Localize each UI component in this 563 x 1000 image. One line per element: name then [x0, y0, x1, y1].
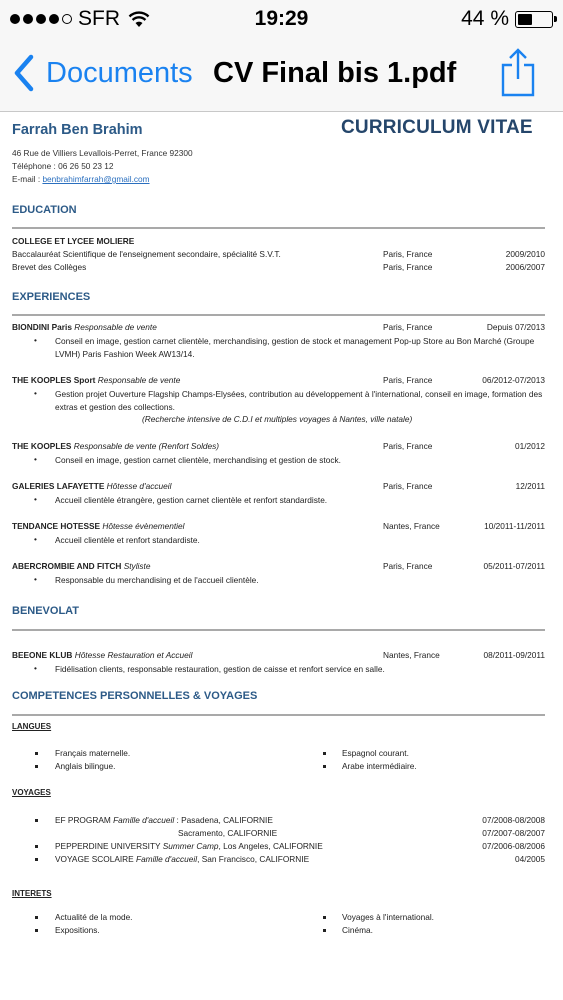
language-item: Arabe intermédiaire.: [342, 761, 417, 771]
job-description: Conseil en image, gestion carnet clientè…: [55, 454, 550, 467]
job-description: Conseil en image, gestion carnet clientè…: [55, 335, 550, 360]
travel-item: Sacramento, CALIFORNIE: [178, 828, 277, 838]
education-degree: Baccalauréat Scientifique de l'enseignem…: [12, 249, 281, 259]
travel-date: 07/2006-08/2006: [482, 841, 545, 851]
bullet-icon: [35, 752, 38, 755]
pdf-document[interactable]: Farrah Ben Brahim CURRICULUM VITAE 46 Ru…: [0, 113, 563, 1000]
school-name: COLLEGE ET LYCEE MOLIERE: [12, 236, 134, 246]
job-company: BEEONE KLUB: [12, 650, 75, 660]
job-role: Hôtesse Restauration et Accueil: [75, 650, 193, 660]
divider: [12, 714, 545, 716]
cv-name: Farrah Ben Brahim: [12, 122, 143, 138]
interest-item: Expositions.: [55, 925, 100, 935]
bullet-icon: [35, 845, 38, 848]
battery-icon: [515, 11, 553, 28]
bullet-icon: [35, 819, 38, 822]
interest-item: Cinéma.: [342, 925, 373, 935]
job-title-row: TENDANCE HOTESSE Hôtesse évènementiel: [12, 521, 184, 531]
bullet-icon: [323, 765, 326, 768]
language-item: Espagnol courant.: [342, 748, 409, 758]
job-location: Paris, France: [383, 322, 432, 332]
interest-item: Voyages à l'international.: [342, 912, 434, 922]
travel-type: Famille d'accueil: [136, 854, 197, 864]
divider: [12, 629, 545, 631]
education-degree: Brevet des Collèges: [12, 262, 86, 272]
job-location: Paris, France: [383, 561, 432, 571]
job-description: Gestion projet Ouverture Flagship Champs…: [55, 388, 550, 413]
job-company: ABERCROMBIE AND FITCH: [12, 561, 124, 571]
travel-program: EF PROGRAM: [55, 815, 113, 825]
education-date: 2006/2007: [506, 262, 545, 272]
subsection-voyages-title: VOYAGES: [12, 788, 51, 797]
email-link[interactable]: benbrahimfarrah@gmail.com: [42, 174, 149, 184]
job-location: Nantes, France: [383, 650, 440, 660]
job-company: TENDANCE HOTESSE: [12, 521, 102, 531]
divider: [12, 314, 545, 316]
phone: Téléphone : 06 26 50 23 12: [12, 161, 114, 171]
bullet-icon: •: [34, 663, 37, 673]
job-title-row: THE KOOPLES Sport Responsable de vente: [12, 375, 180, 385]
chevron-left-icon: [12, 54, 36, 92]
section-experiences-title: EXPERIENCES: [12, 291, 90, 303]
job-title-row: THE KOOPLES Responsable de vente (Renfor…: [12, 441, 219, 451]
bullet-icon: [35, 929, 38, 932]
subsection-interets-title: INTERETS: [12, 889, 52, 898]
job-date: Depuis 07/2013: [487, 322, 545, 332]
travel-program: Sacramento, CALIFORNIE: [178, 828, 277, 838]
job-description: Responsable du merchandising et de l'acc…: [55, 574, 550, 587]
email-label: E-mail :: [12, 174, 42, 184]
job-role: Hôtesse évènementiel: [102, 521, 184, 531]
job-company: GALERIES LAFAYETTE: [12, 481, 107, 491]
bullet-icon: [35, 765, 38, 768]
section-education-title: EDUCATION: [12, 204, 77, 216]
travel-date: 04/2005: [515, 854, 545, 864]
bullet-icon: •: [34, 574, 37, 584]
subsection-langues-title: LANGUES: [12, 722, 51, 731]
navigation-bar: Documents CV Final bis 1.pdf: [0, 38, 563, 112]
job-company: THE KOOPLES: [12, 441, 74, 451]
travel-program: PEPPERDINE UNIVERSITY: [55, 841, 163, 851]
cv-title: CURRICULUM VITAE: [341, 117, 533, 139]
job-title-row: BEEONE KLUB Hôtesse Restauration et Accu…: [12, 650, 192, 660]
bullet-icon: •: [34, 388, 37, 398]
job-date: 10/2011-11/2011: [484, 521, 545, 531]
travel-location: : Pasadena, CALIFORNIE: [174, 815, 273, 825]
status-right: 44 %: [461, 7, 553, 31]
job-title-row: BIONDINI Paris Responsable de vente: [12, 322, 157, 332]
email-row: E-mail : benbrahimfarrah@gmail.com: [12, 174, 150, 184]
bullet-icon: [35, 858, 38, 861]
language-item: Anglais bilingue.: [55, 761, 115, 771]
bullet-icon: •: [34, 494, 37, 504]
job-description: Accueil clientèle et renfort standardist…: [55, 534, 550, 547]
language-item: Français maternelle.: [55, 748, 130, 758]
job-date: 06/2012-07/2013: [482, 375, 545, 385]
bullet-icon: [323, 752, 326, 755]
job-location: Paris, France: [383, 481, 432, 491]
job-date: 01/2012: [515, 441, 545, 451]
job-description: Fidélisation clients, responsable restau…: [55, 663, 550, 676]
job-title-row: ABERCROMBIE AND FITCH Styliste: [12, 561, 150, 571]
status-bar: SFR 19:29 44 %: [0, 0, 563, 38]
travel-location: , Los Angeles, CALIFORNIE: [219, 841, 323, 851]
page-title: CV Final bis 1.pdf: [213, 57, 456, 90]
job-company: BIONDINI Paris: [12, 322, 74, 332]
section-competences-title: COMPETENCES PERSONNELLES & VOYAGES: [12, 690, 257, 702]
job-date: 08/2011-09/2011: [483, 650, 545, 660]
job-location: Paris, France: [383, 441, 432, 451]
travel-location: , San Francisco, CALIFORNIE: [197, 854, 309, 864]
interest-item: Actualité de la mode.: [55, 912, 132, 922]
job-location: Nantes, France: [383, 521, 440, 531]
job-role: Styliste: [124, 561, 151, 571]
job-title-row: GALERIES LAFAYETTE Hôtesse d'accueil: [12, 481, 171, 491]
bullet-icon: •: [34, 534, 37, 544]
back-label: Documents: [46, 57, 193, 90]
share-icon[interactable]: [500, 47, 536, 97]
job-role: Responsable de vente: [98, 375, 181, 385]
job-note: (Recherche intensive de C.D.I et multipl…: [142, 414, 412, 424]
address: 46 Rue de Villiers Levallois-Perret, Fra…: [12, 148, 193, 158]
education-date: 2009/2010: [506, 249, 545, 259]
job-role: Hôtesse d'accueil: [107, 481, 172, 491]
divider: [12, 227, 545, 229]
job-date: 05/2011-07/2011: [483, 561, 545, 571]
job-company: THE KOOPLES Sport: [12, 375, 98, 385]
travel-item: PEPPERDINE UNIVERSITY Summer Camp, Los A…: [55, 841, 323, 851]
education-location: Paris, France: [383, 262, 432, 272]
travel-type: Famille d'accueil: [113, 815, 174, 825]
bullet-icon: •: [34, 335, 37, 345]
battery-percent: 44 %: [461, 7, 509, 31]
section-benevolat-title: BENEVOLAT: [12, 605, 79, 617]
bullet-icon: •: [34, 454, 37, 464]
travel-item: VOYAGE SCOLAIRE Famille d'accueil, San F…: [55, 854, 309, 864]
travel-date: 07/2008-08/2008: [482, 815, 545, 825]
bullet-icon: [323, 929, 326, 932]
travel-date: 07/2007-08/2007: [482, 828, 545, 838]
job-location: Paris, France: [383, 375, 432, 385]
job-description: Accueil clientèle étrangère, gestion car…: [55, 494, 550, 507]
job-date: 12/2011: [516, 481, 545, 491]
travel-program: VOYAGE SCOLAIRE: [55, 854, 136, 864]
education-location: Paris, France: [383, 249, 432, 259]
back-button[interactable]: Documents: [12, 54, 193, 92]
job-role: Responsable de vente (Renfort Soldes): [74, 441, 219, 451]
travel-type: Summer Camp: [163, 841, 219, 851]
bullet-icon: [35, 916, 38, 919]
job-role: Responsable de vente: [74, 322, 157, 332]
travel-item: EF PROGRAM Famille d'accueil : Pasadena,…: [55, 815, 273, 825]
bullet-icon: [323, 916, 326, 919]
